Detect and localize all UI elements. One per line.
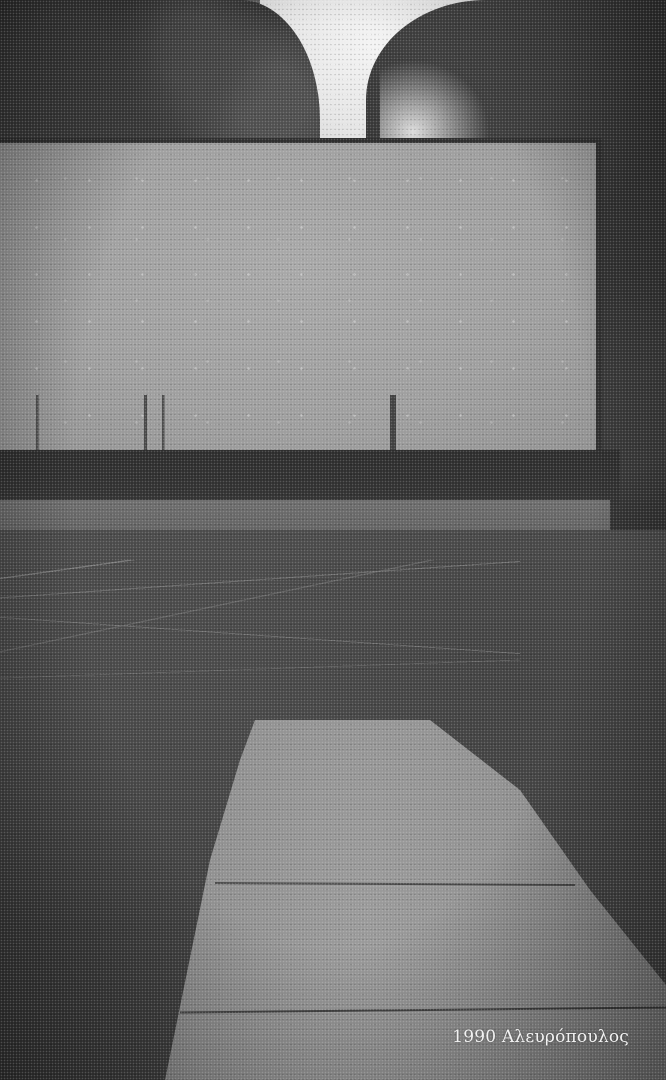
weeds-at-screen-base: [0, 395, 600, 455]
fallen-branches: [0, 560, 520, 710]
drive-in-photograph: 1990 Αλευρόπουλος: [0, 0, 666, 1080]
photo-caption: 1990 Αλευρόπουλος: [452, 1027, 629, 1047]
sky-through-trees: [380, 60, 490, 150]
screen-base-band: [0, 450, 620, 505]
